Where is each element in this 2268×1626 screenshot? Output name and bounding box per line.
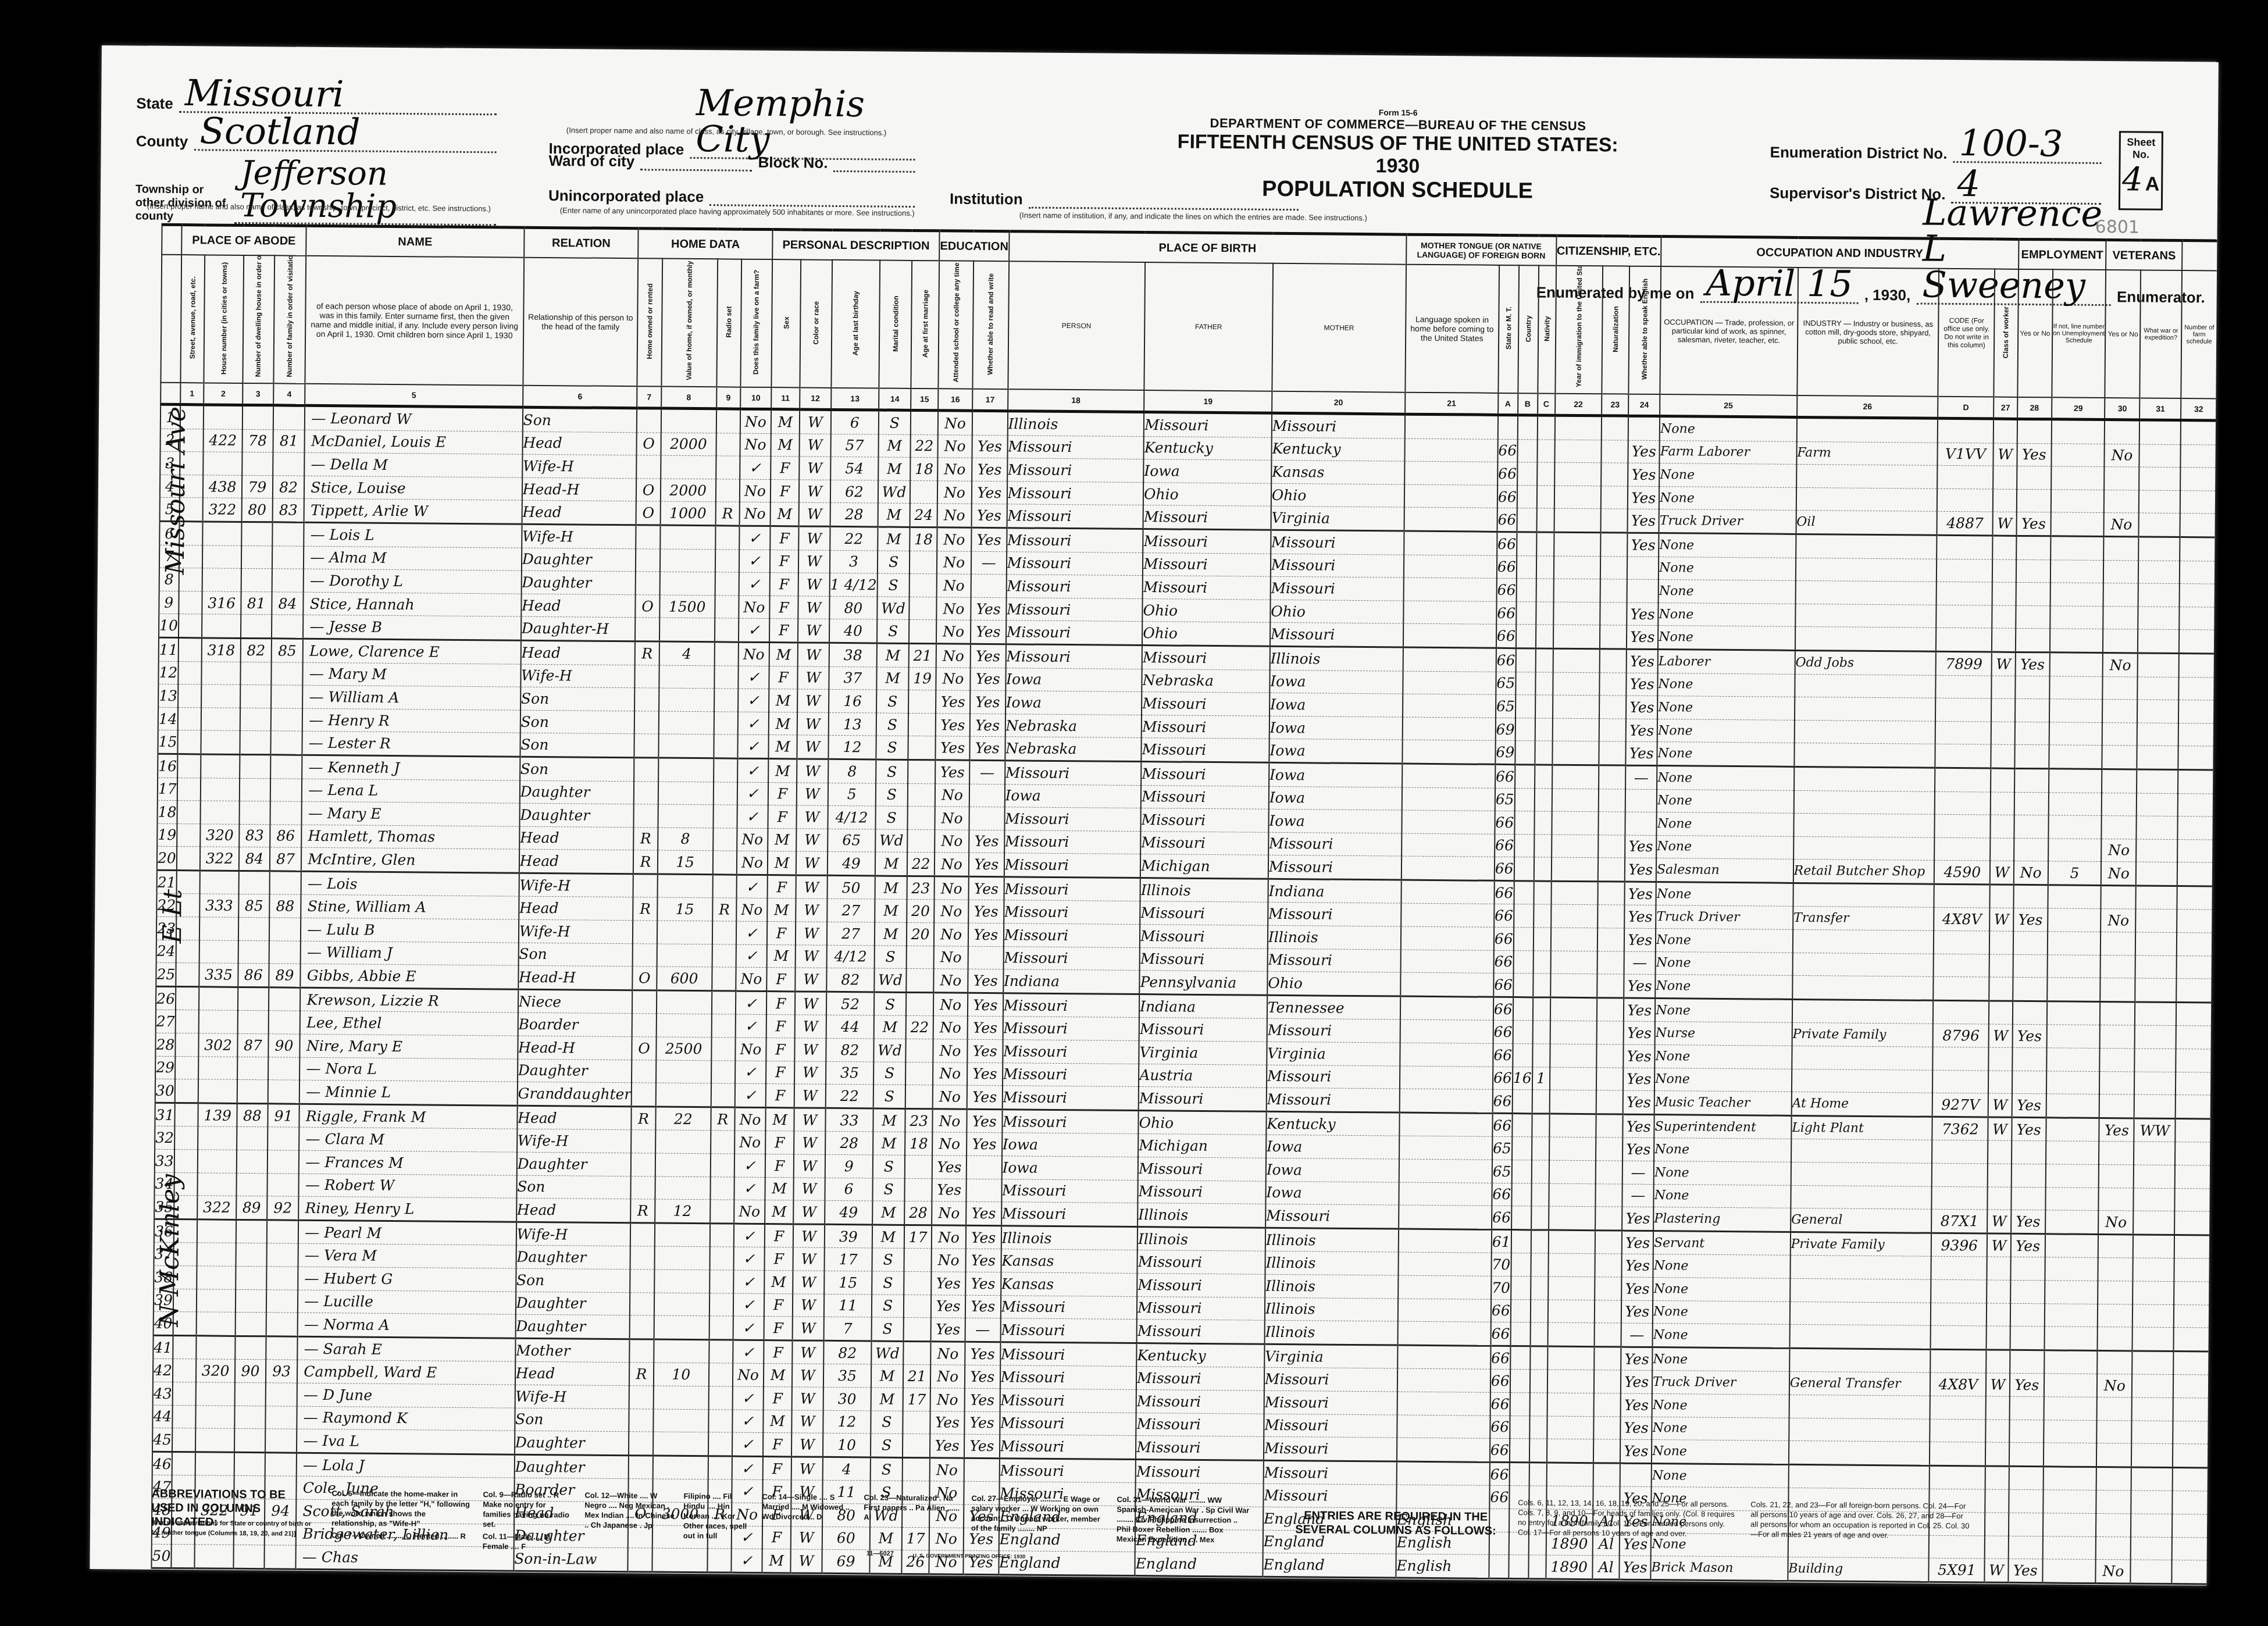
cell-mother-birth: Illinois xyxy=(1265,1251,1398,1275)
cell-dwelling xyxy=(235,1382,266,1406)
cell-name: — Norma A xyxy=(298,1313,516,1338)
cell-unemp xyxy=(2046,1071,2100,1094)
cell-code-d xyxy=(1931,1303,1987,1326)
cell-marital: S xyxy=(871,1434,903,1457)
cell-code-d xyxy=(1935,768,1991,791)
col-21: Language spoken in home before coming to… xyxy=(1405,265,1499,393)
cell-read xyxy=(966,1179,1001,1202)
cell-code-a: 66 xyxy=(1492,1206,1511,1230)
cell-family xyxy=(270,731,302,755)
cell-occupation: Farm Laborer xyxy=(1660,440,1797,464)
cell-farm-sched xyxy=(2178,769,2213,793)
cell-sex: M xyxy=(769,689,797,712)
cell-natur xyxy=(1596,1044,1624,1068)
cell-race: W xyxy=(797,643,829,666)
cell-natur xyxy=(1597,951,1624,974)
cell-english: Yes xyxy=(1628,440,1660,463)
cell-owned xyxy=(630,1315,654,1339)
cell-line: 45 xyxy=(152,1428,172,1452)
cell-owned: R xyxy=(635,641,659,665)
cell-read: Yes xyxy=(966,1201,1001,1225)
cell-value xyxy=(656,1014,712,1037)
cell-war xyxy=(2134,1188,2175,1211)
cell-dwelling xyxy=(234,1406,265,1429)
cell-read xyxy=(969,784,1005,807)
cell-marital: S xyxy=(871,1410,903,1434)
cell-dwelling xyxy=(235,1336,266,1360)
cell-language xyxy=(1400,996,1493,1021)
cell-school: Yes xyxy=(936,714,970,737)
cell-natur xyxy=(1596,1067,1624,1090)
cell-school: No xyxy=(935,853,969,876)
cell-code-a: 69 xyxy=(1495,741,1515,765)
cell-dwelling: 82 xyxy=(241,638,272,662)
cell-read: Yes xyxy=(967,1085,1003,1109)
cell-line: 32 xyxy=(155,1126,174,1150)
cell-mother-birth: Illinois xyxy=(1264,1320,1397,1345)
cell-class: W xyxy=(1988,1210,2011,1233)
cell-code-c xyxy=(1537,415,1554,440)
cell-race: W xyxy=(798,619,829,643)
cell-code-d xyxy=(1937,605,1992,628)
cell-language xyxy=(1402,787,1495,811)
cell-farm: ✓ xyxy=(732,1456,763,1480)
cell-code-b xyxy=(1515,765,1535,789)
cell-code-d xyxy=(1930,1442,1985,1465)
cell-relation: Head-H xyxy=(518,1036,632,1060)
cell-class xyxy=(1991,792,2014,815)
cell-radio xyxy=(714,758,737,782)
cell-vet xyxy=(2104,490,2139,513)
cell-farm-sched xyxy=(2174,1282,2209,1305)
cell-school: No xyxy=(935,829,969,853)
cell-code-d xyxy=(1932,1070,1988,1093)
cell-vet xyxy=(2103,583,2139,607)
cell-vet xyxy=(2099,1142,2134,1165)
cell-radio xyxy=(712,944,736,967)
cell-code-d: 4X8V xyxy=(1934,908,1989,931)
cell-english: Yes xyxy=(1622,1231,1653,1254)
cell-dwelling: 87 xyxy=(237,1033,268,1057)
cell-work xyxy=(2011,1187,2046,1210)
group-occupation: OCCUPATION AND INDUSTRY xyxy=(1661,237,2019,269)
cell-owned xyxy=(634,734,658,758)
cell-code-c xyxy=(1530,1299,1547,1322)
cell-english: Yes xyxy=(1621,1277,1653,1300)
cell-immig xyxy=(1552,741,1599,765)
cell-value xyxy=(655,1083,711,1107)
column-number: 30 xyxy=(2105,398,2139,420)
cell-school: No xyxy=(937,574,971,597)
cell-immig xyxy=(1550,974,1597,997)
cell-industry xyxy=(1793,883,1934,907)
cell-owned: R xyxy=(629,1363,653,1386)
cell-mother-birth: Virginia xyxy=(1271,507,1404,531)
cell-line: 15 xyxy=(158,730,177,754)
abbrev-col6: Col. 6—Indicate the home-maker in each f… xyxy=(331,1488,472,1529)
column-number: 19 xyxy=(1144,390,1272,413)
cell-class: W xyxy=(1987,1233,2010,1257)
cell-vet xyxy=(2098,1327,2133,1351)
cell-unemp xyxy=(2045,1257,2098,1281)
cell-father-birth: Missouri xyxy=(1143,529,1271,554)
cell-code-b xyxy=(1513,1021,1532,1044)
cell-sex: F xyxy=(767,922,796,945)
cell-code-b xyxy=(1511,1276,1531,1300)
cell-war xyxy=(2139,490,2180,514)
cell-code-d xyxy=(1933,1047,1989,1070)
cell-race: W xyxy=(791,1387,823,1410)
cell-vet xyxy=(2099,1071,2135,1094)
cell-code-a: 66 xyxy=(1497,555,1517,579)
cell-unemp xyxy=(2048,815,2102,839)
cell-occupation: None xyxy=(1653,1324,1790,1348)
cell-dwelling xyxy=(234,1452,265,1476)
cell-war xyxy=(2131,1443,2173,1467)
cell-work: Yes xyxy=(2009,1374,2044,1397)
cell-code-b xyxy=(1514,880,1534,904)
cell-birth: Missouri xyxy=(1006,621,1143,645)
cell-birth: Iowa xyxy=(1002,1133,1139,1157)
column-number: 32 xyxy=(2181,398,2216,420)
cell-industry xyxy=(1796,465,1938,488)
cell-read: Yes xyxy=(966,1225,1001,1249)
cell-farm: ✓ xyxy=(736,944,767,968)
cell-code-b xyxy=(1517,415,1537,440)
column-number: 3 xyxy=(243,383,273,405)
cell-school: No xyxy=(932,1201,966,1225)
cell-family: 89 xyxy=(269,964,301,987)
cell-code-c xyxy=(1531,1206,1549,1230)
cell-immig xyxy=(1548,1276,1595,1300)
cell-owned: R xyxy=(634,827,658,850)
cell-class xyxy=(1992,605,2016,629)
cell-vet xyxy=(2102,769,2137,793)
cell-family xyxy=(267,1220,299,1244)
cell-natur xyxy=(1601,486,1628,509)
cell-language xyxy=(1397,1392,1490,1415)
cell-house: 139 xyxy=(198,1103,237,1127)
cell-work: Yes xyxy=(2012,1117,2046,1141)
cell-vet xyxy=(2101,955,2136,978)
cell-relation: Daughter xyxy=(514,1454,629,1479)
cell-code-a: 66 xyxy=(1497,532,1517,555)
cell-code-a: 66 xyxy=(1493,974,1513,997)
cell-name: Stice, Hannah xyxy=(304,592,522,617)
cell-code-b xyxy=(1510,1322,1530,1346)
cell-read: Yes xyxy=(967,1062,1003,1086)
cell-class: W xyxy=(1986,1373,2009,1396)
cell-language xyxy=(1398,1252,1491,1276)
cell-race: W xyxy=(793,1177,825,1200)
cell-code-b xyxy=(1517,462,1537,486)
cell-family xyxy=(271,685,303,708)
cell-radio xyxy=(715,596,739,619)
cell-language xyxy=(1398,1299,1491,1322)
cell-read: Yes xyxy=(965,1272,1001,1295)
cell-father-birth: Kentucky xyxy=(1136,1343,1264,1367)
ward-value xyxy=(640,145,753,172)
cell-dwelling: 79 xyxy=(242,475,273,498)
cell-code-a: 66 xyxy=(1493,997,1513,1021)
col-10: Does this family live on a farm? xyxy=(740,259,772,387)
cell-code-b xyxy=(1517,439,1537,462)
cell-age-marr xyxy=(907,829,935,853)
cell-code-a: 66 xyxy=(1490,1415,1510,1439)
cell-line: 19 xyxy=(157,823,177,847)
cell-relation: Wife-H xyxy=(519,919,633,943)
cell-vet xyxy=(2102,700,2138,723)
cell-code-d xyxy=(1930,1349,1986,1373)
cell-race: W xyxy=(798,573,829,596)
cell-birth: Missouri xyxy=(1002,1110,1139,1134)
cell-sex: F xyxy=(764,1317,793,1340)
cell-read: Yes xyxy=(970,690,1005,714)
cell-read: Yes xyxy=(971,527,1007,551)
cell-owned xyxy=(635,665,659,688)
cell-school: No xyxy=(937,504,972,527)
cell-occupation: Superintendent xyxy=(1654,1114,1791,1139)
cell-father-birth: Missouri xyxy=(1140,901,1268,925)
cell-code-a: 65 xyxy=(1496,694,1515,718)
cell-street xyxy=(178,638,202,662)
cell-house xyxy=(202,568,241,591)
cell-race: W xyxy=(799,480,830,503)
cell-code-a: 65 xyxy=(1495,788,1514,811)
cell-read: Yes xyxy=(969,853,1004,877)
margin-note-street-1: Missouri Ave xyxy=(161,406,191,575)
cell-marital: S xyxy=(876,783,908,806)
cell-sex: F xyxy=(765,1154,794,1178)
cell-age: 10 xyxy=(823,1433,871,1457)
column-number: 14 xyxy=(879,388,911,411)
cell-house xyxy=(196,1336,235,1360)
cell-name: Riggle, Frank M xyxy=(299,1104,518,1129)
cell-race: W xyxy=(794,1131,825,1154)
cell-owned xyxy=(629,1386,653,1409)
cell-code-c xyxy=(1531,1253,1548,1276)
cell-english: Yes xyxy=(1621,1300,1653,1324)
cell-war xyxy=(2137,793,2178,816)
cell-work xyxy=(2014,838,2049,861)
cell-sex: F xyxy=(766,1015,795,1038)
block-value xyxy=(833,147,915,173)
cell-english xyxy=(1627,557,1659,580)
cell-code-d xyxy=(1931,1325,1987,1349)
cell-farm: ✓ xyxy=(738,666,769,689)
cell-immig xyxy=(1553,672,1600,696)
cell-english: Yes xyxy=(1623,1114,1654,1138)
cell-race: W xyxy=(799,434,830,457)
cell-war xyxy=(2134,1094,2176,1118)
cell-class xyxy=(1992,582,2016,605)
cell-age-marr xyxy=(910,480,937,504)
cell-name: — Leonard W xyxy=(305,405,523,432)
cell-value xyxy=(658,758,714,782)
cell-war xyxy=(2136,909,2177,932)
cell-farm: ✓ xyxy=(737,758,769,782)
cell-code-c xyxy=(1535,695,1553,718)
cell-radio xyxy=(709,1363,733,1386)
cell-radio: R xyxy=(715,502,739,526)
cell-relation: Head xyxy=(516,1198,631,1222)
cell-house xyxy=(201,684,240,708)
abbrev-col9: Col. 9—Radio set .. R Make no entry for … xyxy=(483,1489,576,1529)
cell-industry xyxy=(1792,1069,1933,1093)
cell-code-b xyxy=(1513,950,1533,974)
cell-code-c xyxy=(1529,1415,1547,1439)
cell-read: Yes xyxy=(964,1434,1000,1458)
cell-farm-sched xyxy=(2179,607,2214,630)
cell-name: — Robert W xyxy=(299,1174,517,1199)
cell-code-d xyxy=(1937,582,1992,605)
cell-farm: ✓ xyxy=(733,1340,764,1364)
cell-relation: Son xyxy=(520,687,635,711)
cell-value: 10 xyxy=(653,1363,709,1386)
cell-name: — Dorothy L xyxy=(304,569,522,594)
column-number: 13 xyxy=(831,388,879,410)
cell-name: Tippett, Arlie W xyxy=(304,499,522,525)
cell-age: 39 xyxy=(825,1224,872,1248)
cell-code-c xyxy=(1534,857,1551,881)
column-number: 25 xyxy=(1660,394,1797,417)
cell-mother-birth: Kansas xyxy=(1271,461,1404,484)
abbrev-col7: Col. 7—Owned ........ O Rented ........ … xyxy=(331,1530,471,1541)
cell-code-d xyxy=(1935,814,1991,837)
cell-name: — William J xyxy=(301,941,519,966)
cell-house xyxy=(202,661,241,684)
cell-language xyxy=(1402,740,1495,764)
cell-family: 84 xyxy=(272,592,304,615)
column-number: A xyxy=(1498,393,1518,415)
cell-street xyxy=(177,847,201,871)
cell-unemp: 5 xyxy=(2048,861,2102,885)
cell-street xyxy=(179,591,202,614)
cell-radio xyxy=(715,618,739,642)
cell-language xyxy=(1399,1205,1492,1229)
cell-code-a: 66 xyxy=(1493,1043,1513,1067)
cell-natur xyxy=(1602,416,1629,440)
cell-age-marr: 18 xyxy=(910,527,937,551)
cell-vet: No xyxy=(2101,839,2137,862)
cell-mother-birth: Ohio xyxy=(1270,600,1403,623)
cell-immig xyxy=(1548,1253,1595,1276)
cell-race: W xyxy=(797,735,828,759)
cell-dwelling xyxy=(241,545,272,569)
cell-code-c xyxy=(1532,1090,1549,1114)
cell-farm: No xyxy=(739,502,771,526)
township-value: Jefferson Township xyxy=(234,157,497,226)
cell-value: 2500 xyxy=(656,1037,712,1060)
cell-unemp xyxy=(2049,676,2103,699)
cell-sex: M xyxy=(768,758,797,782)
margin-note-street-2: E Lt xyxy=(158,889,188,943)
cell-radio xyxy=(714,642,738,666)
cell-vet xyxy=(2097,1420,2133,1443)
cell-school: Yes xyxy=(932,1178,967,1201)
cell-natur xyxy=(1595,1183,1622,1207)
cell-code-a: 66 xyxy=(1493,1067,1513,1090)
cell-dwelling: 83 xyxy=(239,824,270,847)
cell-industry xyxy=(1795,627,1937,651)
cell-relation: Son xyxy=(516,1175,631,1199)
cell-code-b xyxy=(1515,648,1535,672)
cell-age-marr: 21 xyxy=(903,1365,930,1388)
cell-birth: Missouri xyxy=(1004,830,1141,854)
cell-name: — Clara M xyxy=(299,1128,517,1153)
cell-occupation: Truck Driver xyxy=(1659,509,1796,534)
cell-immig xyxy=(1553,579,1600,602)
cell-farm-sched xyxy=(2173,1421,2208,1444)
cell-name: — Kenneth J xyxy=(302,755,520,780)
cell-value xyxy=(655,1176,711,1200)
cell-radio xyxy=(716,479,740,502)
cell-marital: S xyxy=(876,759,908,783)
cell-family xyxy=(273,452,305,476)
cell-house xyxy=(198,1150,237,1173)
cell-war xyxy=(2132,1397,2173,1421)
cell-mother-birth: Ohio xyxy=(1267,972,1400,996)
cell-family xyxy=(265,1383,297,1406)
cell-code-a: 66 xyxy=(1492,1090,1512,1114)
cell-marital: M xyxy=(878,503,910,527)
cell-house: 318 xyxy=(202,638,241,662)
cell-read: Yes xyxy=(968,876,1004,900)
cell-english: Yes xyxy=(1625,882,1656,905)
cell-family xyxy=(270,801,302,825)
cell-code-d xyxy=(1937,466,1993,489)
cell-name: — Hubert G xyxy=(298,1267,516,1292)
cell-dwelling xyxy=(239,871,270,894)
cell-occupation: None xyxy=(1655,975,1792,999)
cell-school: No xyxy=(937,458,972,481)
cell-name: Campbell, Ward E xyxy=(297,1360,515,1385)
cell-unemp xyxy=(2049,652,2103,676)
cell-sex: M xyxy=(769,642,798,666)
cell-farm-sched xyxy=(2178,723,2213,746)
cell-industry xyxy=(1790,1301,1931,1325)
cell-code-d xyxy=(1935,698,1991,721)
cell-industry xyxy=(1790,1278,1931,1302)
cell-mother-birth: Indiana xyxy=(1268,879,1401,903)
cell-natur xyxy=(1595,1207,1622,1231)
cell-farm: No xyxy=(736,898,768,922)
cell-industry: General Transfer xyxy=(1789,1372,1931,1396)
cell-class xyxy=(1988,1071,2012,1094)
cell-marital: S xyxy=(878,573,910,597)
cell-age-marr xyxy=(910,574,937,597)
column-number: 12 xyxy=(800,387,831,409)
cell-sex: F xyxy=(769,619,798,643)
cell-natur xyxy=(1596,1021,1624,1044)
cell-relation: Boarder xyxy=(518,1013,632,1037)
cell-mother-birth: Missouri xyxy=(1271,554,1404,577)
cell-name: — Lester R xyxy=(302,732,520,757)
cell-war xyxy=(2133,1351,2174,1375)
unincorporated-value xyxy=(709,181,915,208)
cell-english: Yes xyxy=(1627,602,1659,626)
cell-read xyxy=(969,807,1004,830)
cell-value: 22 xyxy=(655,1107,711,1131)
cell-value xyxy=(654,1293,709,1316)
cell-school: No xyxy=(933,1062,967,1085)
cell-english: Yes xyxy=(1626,741,1657,765)
cell-owned xyxy=(632,1060,656,1083)
cell-name: — Lois xyxy=(301,871,519,897)
cell-owned xyxy=(629,1455,652,1479)
cell-work xyxy=(2010,1303,2045,1327)
cell-code-b xyxy=(1511,1253,1531,1276)
